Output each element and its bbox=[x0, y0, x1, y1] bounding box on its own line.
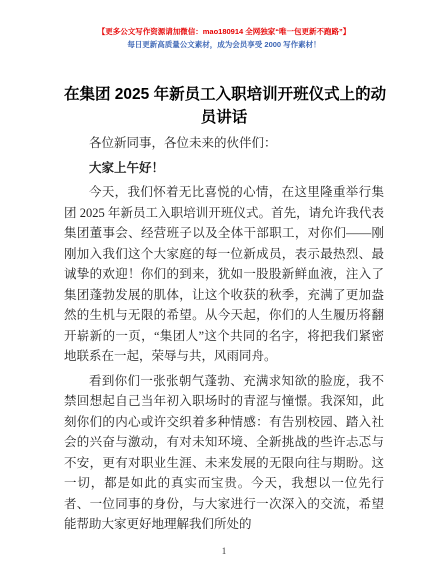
document-page: 【更多公文写作资源请加微信：mao180914 全网独家“唯一包更新不跑路”】 … bbox=[0, 0, 448, 580]
greeting-line: 大家上午好！ bbox=[64, 158, 384, 179]
document-title: 在集团 2025 年新员工入职培训开班仪式上的动 员讲话 bbox=[64, 83, 384, 129]
ad-banner-line2: 每日更新高质量公文素材，成为会员享受 2000 写作素材！ bbox=[64, 38, 384, 51]
document-body: 各位新同事，各位未来的伙伴们： 大家上午好！ 今天，我们怀着无比喜悦的心情，在这… bbox=[64, 133, 384, 535]
body-paragraph-2: 看到你们一张张朝气蓬勃、充满求知欲的脸庞，我不禁回想起自己当年初入职场时的青涩与… bbox=[64, 371, 384, 535]
ad-banner-line1: 【更多公文写作资源请加微信：mao180914 全网独家“唯一包更新不跑路”】 bbox=[64, 25, 384, 38]
page-number: 1 bbox=[0, 546, 448, 556]
body-paragraph-1: 今天，我们怀着无比喜悦的心情，在这里隆重举行集团 2025 年新员工入职培训开班… bbox=[64, 182, 384, 367]
document-title-line2: 员讲话 bbox=[64, 106, 384, 129]
salutation-line: 各位新同事，各位未来的伙伴们： bbox=[64, 133, 384, 154]
document-title-line1: 在集团 2025 年新员工入职培训开班仪式上的动 bbox=[64, 83, 384, 106]
ad-banner: 【更多公文写作资源请加微信：mao180914 全网独家“唯一包更新不跑路”】 … bbox=[64, 0, 384, 51]
